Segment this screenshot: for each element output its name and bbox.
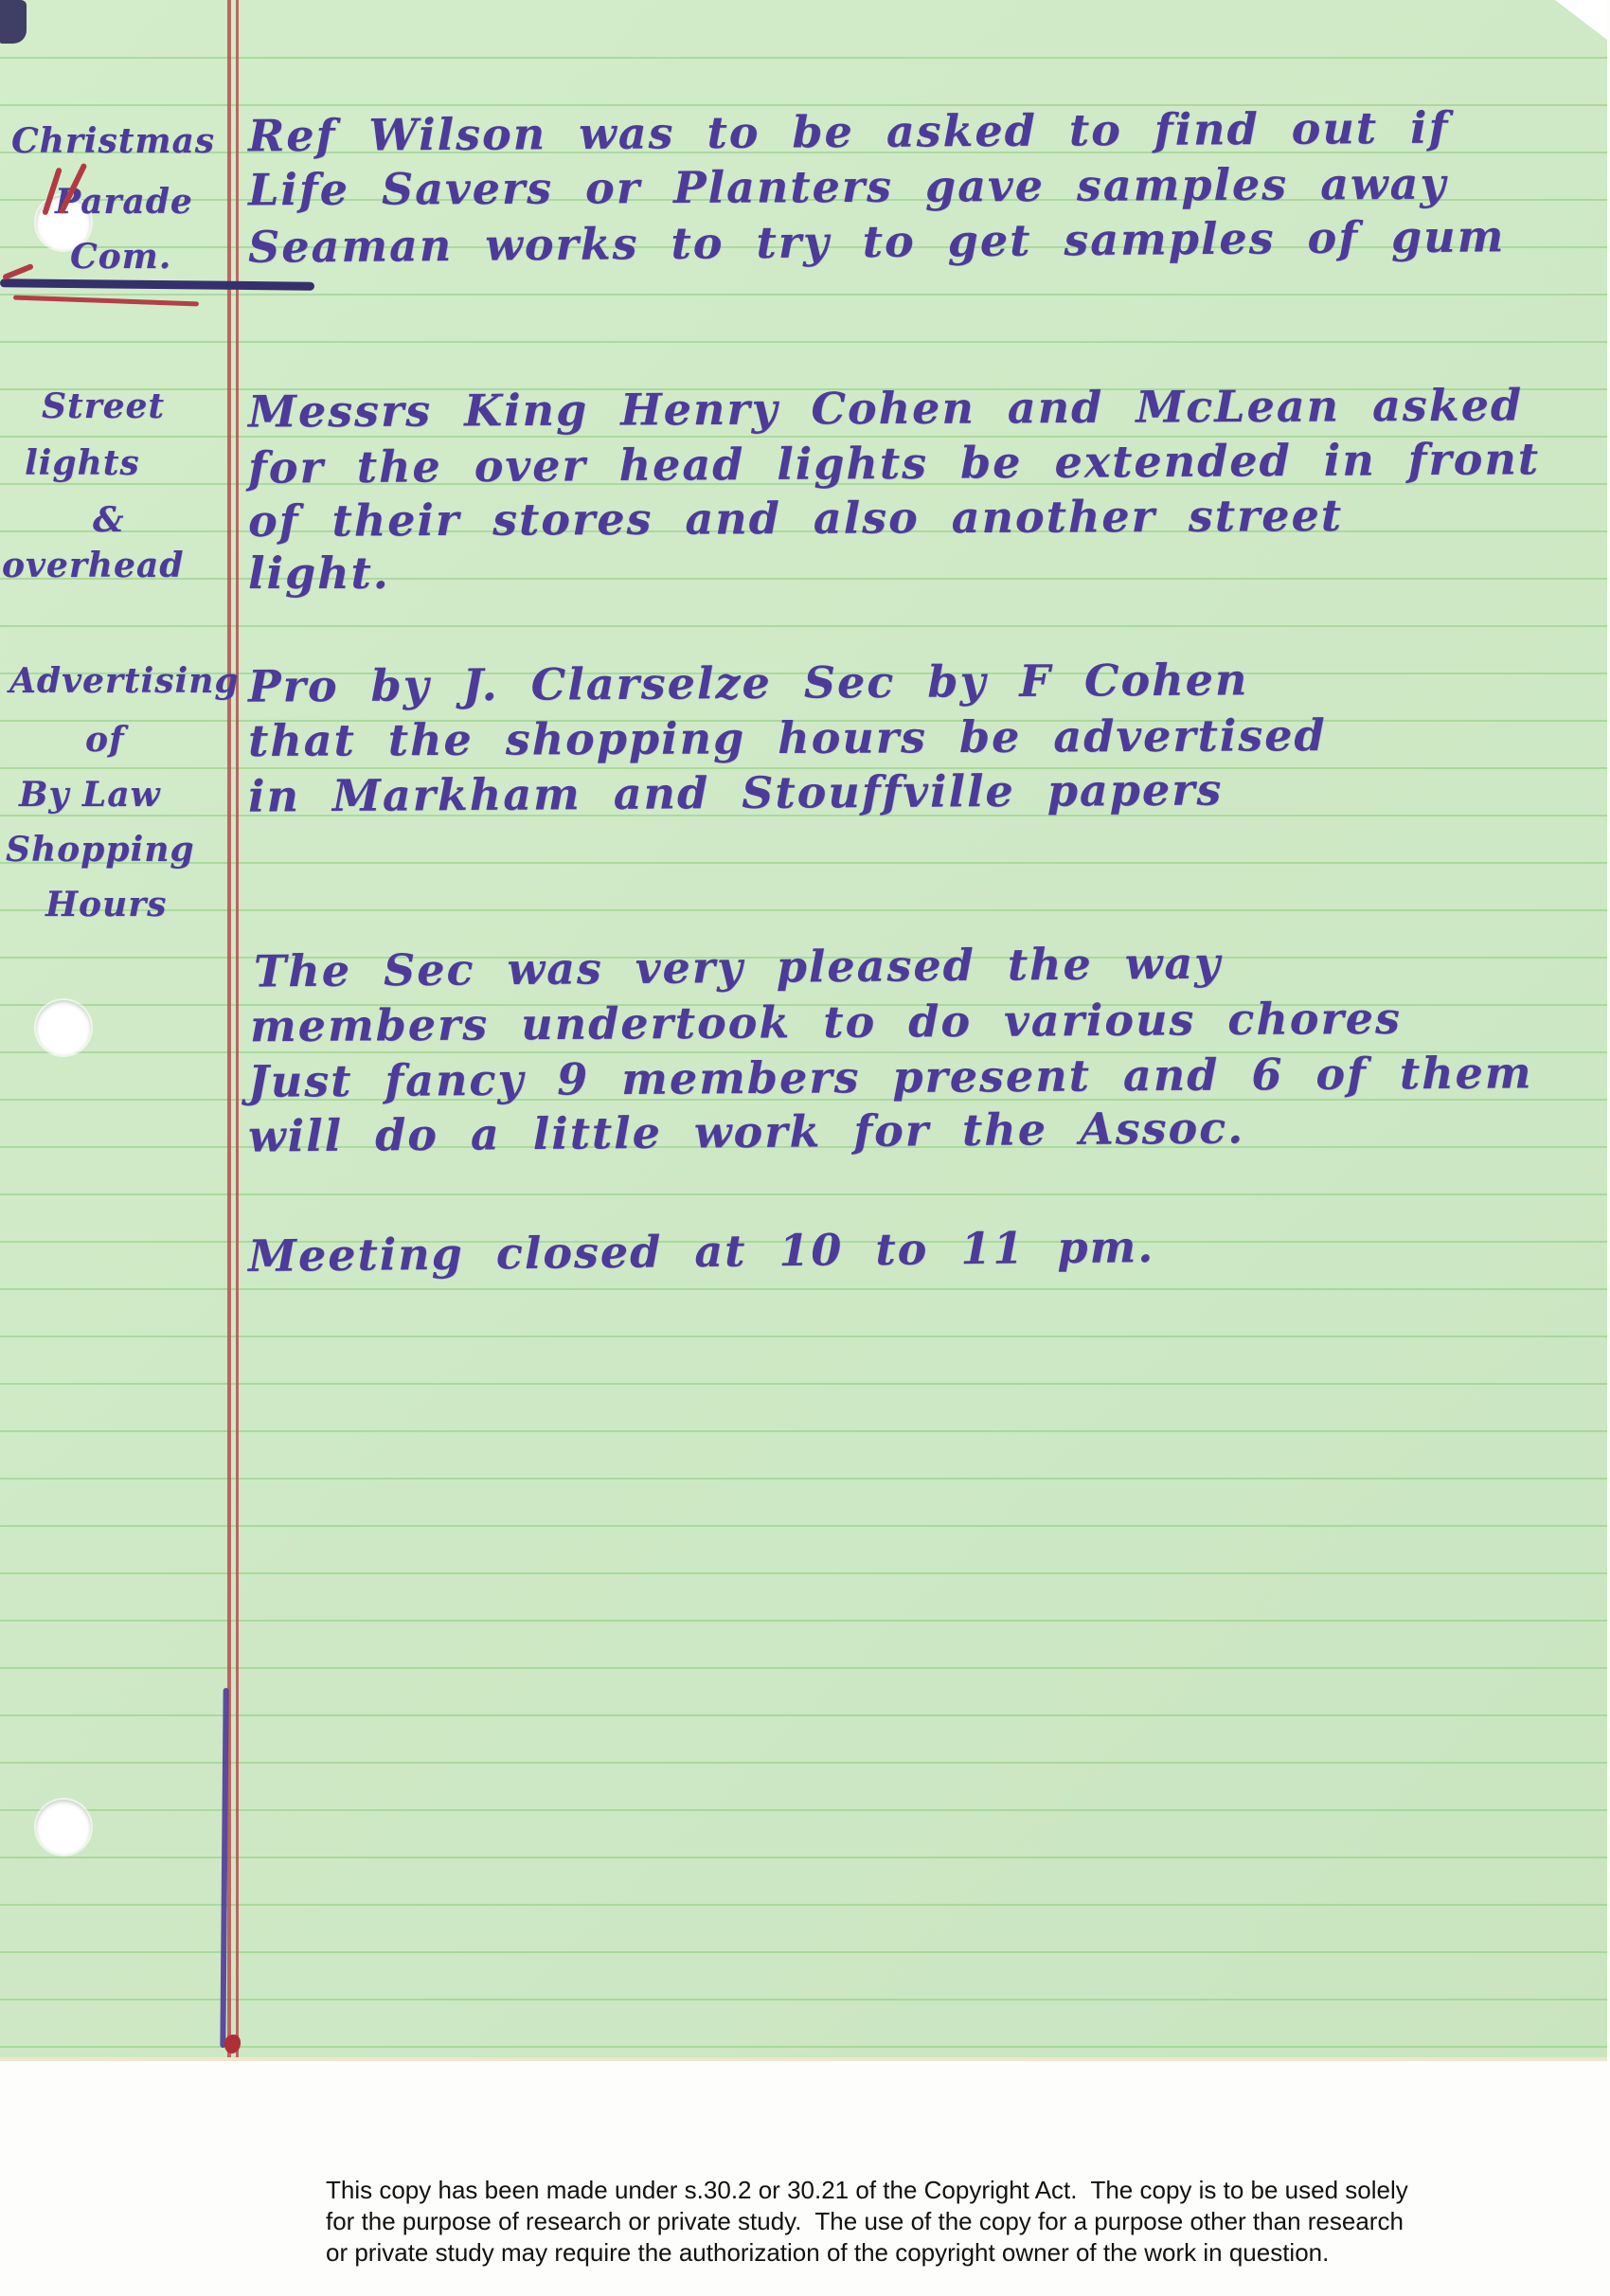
margin-note-line: Hours [45,885,167,924]
handwriting-line: The Sec was very pleased the way [254,938,1222,997]
handwriting-line: Messrs King Henry Cohen and McLean asked [248,379,1523,437]
handwriting-line: Just fancy 9 members present and 6 of th… [248,1047,1533,1106]
margin-note-line: & [93,500,125,540]
handwriting-line: of their stores and also another street [248,490,1343,547]
corner-notch [1555,0,1607,40]
margin-note-line: Shopping [6,830,195,870]
punch-hole-bottom [36,1800,91,1855]
margin-note-line: By Law [19,775,161,815]
corner-ink-mark [0,0,27,44]
margin-note-line: lights [25,443,140,483]
margin-note-line: of [85,720,125,760]
handwriting-line: will do a little work for the Assoc. [248,1102,1245,1161]
handwriting-line: that the shopping hours be advertised [248,709,1327,766]
margin-note-line: overhead [2,546,184,585]
handwriting-line: Ref Wilson was to be asked to find out i… [248,102,1450,162]
copyright-notice: This copy has been made under s.30.2 or … [326,2175,1481,2269]
margin-note-line: Advertising [9,661,240,701]
handwriting-line: in Markham and Stouffville papers [248,763,1224,821]
margin-note-line: Com. [70,237,171,277]
margin-note-line: Christmas [11,121,215,161]
handwriting-line: Pro by J. Clarselze Sec by F Cohen [248,654,1249,711]
handwriting-line: for the over head lights be extended in … [248,433,1540,493]
scanned-minutes-page: Christmas Parade Com. Street lights & ov… [0,0,1610,2296]
margin-note-line: Street [42,386,165,426]
handwriting-line: light. [248,547,390,599]
handwriting-line: Meeting closed at 10 to 11 pm. [248,1221,1155,1282]
copyright-line: for the purpose of research or private s… [326,2206,1481,2237]
copyright-line: This copy has been made under s.30.2 or … [326,2175,1481,2206]
punch-hole-middle [36,1000,91,1055]
red-margin-line-inner [236,0,239,2057]
copyright-line: or private study may require the authori… [326,2237,1481,2269]
notebook-paper: Christmas Parade Com. Street lights & ov… [0,0,1607,2061]
handwriting-line: members undertook to do various chores [250,993,1402,1051]
handwriting-line: Life Savers or Planters gave samples awa… [248,158,1447,216]
